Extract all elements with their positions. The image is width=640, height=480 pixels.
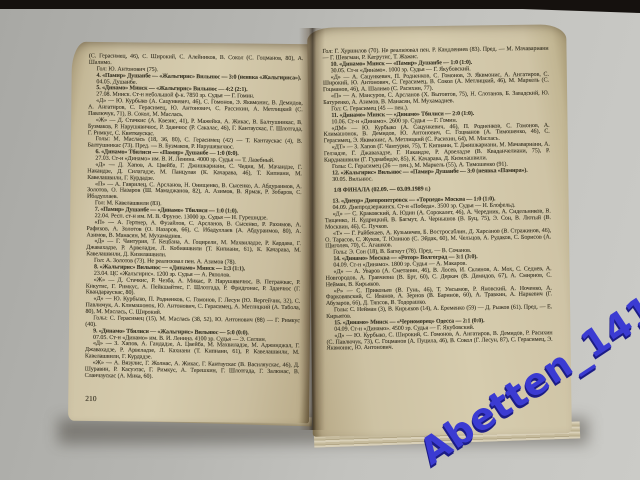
left-page: (С. Герасимец, 46), С. Широкий, С. Алейн… bbox=[68, 42, 313, 424]
left-page-text: (С. Герасимец, 46), С. Широкий, С. Алейн… bbox=[85, 53, 304, 382]
right-page-text: Гол: Г. Хуршилов (70). Не реализовал пен… bbox=[322, 45, 552, 351]
page-number: 210 bbox=[85, 394, 96, 403]
match-record-line: «Д» — Ю. Курбыко, С. Широкий, С. Гомонов… bbox=[326, 330, 552, 352]
match-record-line: «Ж» — А. Вязулис, Г. Жолнас, А. Жикас, Г… bbox=[85, 360, 300, 382]
match-record-line: 1/8 ФИНАЛА (02.09. — 03.09.1989 г.) bbox=[326, 185, 551, 195]
background-dark-strip-right bbox=[460, 0, 640, 13]
book-photo-scene: (С. Герасимец, 46), С. Широкий, С. Алейн… bbox=[0, 0, 640, 480]
book-gutter-shadow bbox=[299, 28, 325, 430]
